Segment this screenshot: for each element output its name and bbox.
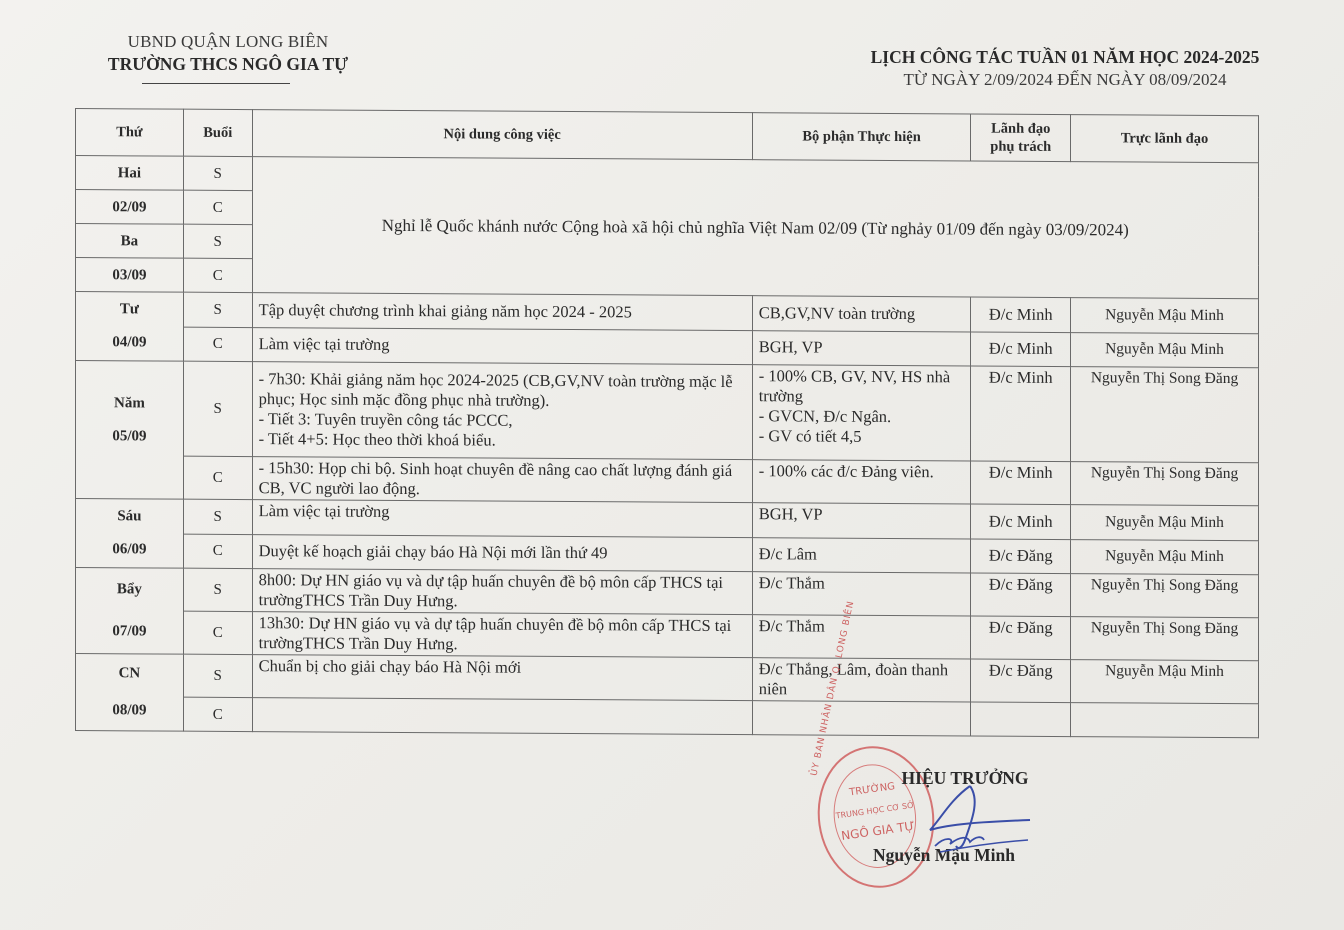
day-date: 03/09	[76, 258, 184, 293]
day-date: 08/09	[112, 694, 146, 727]
task-lead: Đ/c Đăng	[971, 573, 1071, 617]
day-name: Ba	[76, 224, 184, 259]
table-row: C - 15h30: Họp chi bộ. Sinh hoạt chuyên …	[76, 456, 1259, 506]
task-duty: Nguyễn Mậu Minh	[1071, 660, 1259, 704]
day-cell: Năm05/09	[76, 361, 184, 500]
col-header-buoi: Buổi	[183, 109, 252, 156]
task-content: Làm việc tại trường	[252, 500, 752, 538]
task-lead: Đ/c Đăng	[971, 616, 1071, 660]
task-dept: - 100% các đ/c Đảng viên.	[752, 460, 971, 504]
day-name: Tư	[120, 293, 139, 326]
task-content: Duyệt kế hoạch giải chạy báo Hà Nội mới …	[252, 534, 752, 572]
col-header-dept: Bộ phận Thực hiện	[752, 113, 971, 161]
day-name: Sáu	[117, 500, 141, 533]
task-dept	[752, 701, 971, 736]
day-cell: Tư04/09	[76, 292, 184, 362]
session: C	[183, 327, 252, 362]
task-duty: Nguyễn Mậu Minh	[1071, 539, 1259, 575]
table-row: Hai S Nghỉ lễ Quốc khánh nước Cộng hoà x…	[76, 156, 1259, 197]
task-dept: BGH, VP	[752, 330, 971, 366]
school-name: TRƯỜNG THCS NGÔ GIA TỰ	[78, 54, 378, 75]
task-duty: Nguyễn Thị Song Đăng	[1071, 367, 1259, 463]
task-lead: Đ/c Minh	[971, 331, 1071, 366]
holiday-note: Nghỉ lễ Quốc khánh nước Cộng hoà xã hội …	[252, 157, 1258, 299]
task-content: Làm việc tại trường	[252, 327, 752, 365]
task-duty: Nguyễn Mậu Minh	[1071, 505, 1259, 541]
agency-name: UBND QUẬN LONG BIÊN	[78, 32, 378, 52]
task-duty	[1071, 703, 1259, 738]
task-lead: Đ/c Đăng	[971, 659, 1071, 703]
session: C	[183, 697, 252, 731]
day-date: 05/09	[112, 420, 146, 453]
task-lead: Đ/c Minh	[971, 504, 1071, 539]
col-header-content: Nội dung công việc	[252, 110, 752, 160]
session: S	[183, 156, 252, 190]
session: C	[183, 258, 252, 292]
day-name: Hai	[76, 156, 184, 191]
col-header-thu: Thứ	[76, 109, 184, 157]
task-dept: Đ/c Lâm	[752, 537, 971, 573]
task-duty: Nguyễn Thị Song Đăng	[1071, 462, 1259, 506]
table-row: C 13h30: Dự HN giáo vụ và dự tập huấn ch…	[76, 611, 1259, 661]
task-dept: BGH, VP	[752, 503, 971, 539]
header-underline	[142, 83, 290, 84]
document-heading: LỊCH CÔNG TÁC TUẦN 01 NĂM HỌC 2024-2025 …	[840, 47, 1290, 90]
day-date: 02/09	[76, 190, 184, 225]
session: C	[183, 456, 252, 499]
session: S	[183, 292, 252, 327]
task-lead: Đ/c Đăng	[971, 538, 1071, 573]
task-lead: Đ/c Minh	[971, 461, 1071, 505]
session: S	[183, 654, 252, 697]
task-dept: Đ/c Thắm	[752, 572, 971, 616]
work-schedule-table: Thứ Buổi Nội dung công việc Bộ phận Thực…	[75, 108, 1259, 738]
task-dept: CB,GV,NV toàn trường	[752, 296, 971, 332]
day-date: 04/09	[112, 326, 146, 359]
day-name: Bẩy	[117, 574, 142, 607]
session: S	[183, 361, 252, 456]
task-duty: Nguyễn Mậu Minh	[1071, 298, 1259, 334]
table-header-row: Thứ Buổi Nội dung công việc Bộ phận Thực…	[76, 109, 1259, 163]
task-lead: Đ/c Minh	[971, 366, 1071, 462]
task-duty: Nguyễn Thị Song Đăng	[1071, 574, 1259, 618]
task-content: - 7h30: Khải giảng năm học 2024-2025 (CB…	[252, 362, 752, 460]
day-name: CN	[119, 657, 141, 690]
table-row: CN08/09 S Chuẩn bị cho giải chạy báo Hà …	[76, 654, 1259, 704]
issuer-header: UBND QUẬN LONG BIÊN TRƯỜNG THCS NGÔ GIA …	[78, 32, 378, 84]
task-content: Chuẩn bị cho giải chạy báo Hà Nội mới	[252, 655, 752, 701]
task-content: 8h00: Dự HN giáo vụ và dự tập huấn chuyê…	[252, 569, 752, 615]
table-row: Năm05/09 S - 7h30: Khải giảng năm học 20…	[76, 361, 1259, 463]
task-content: 13h30: Dự HN giáo vụ và dự tập huấn chuy…	[252, 612, 752, 658]
task-dept: Đ/c Thắm	[752, 615, 971, 659]
col-header-duty: Trực lãnh đạo	[1071, 115, 1259, 163]
date-range: TỪ NGÀY 2/09/2024 ĐẾN NGÀY 08/09/2024	[840, 70, 1290, 90]
col-header-lead: Lãnh đạo phụ trách	[971, 114, 1071, 162]
task-dept: - 100% CB, GV, NV, HS nhà trường - GVCN,…	[752, 365, 971, 461]
session: S	[183, 568, 252, 611]
day-name: Năm	[114, 387, 145, 420]
task-dept: Đ/c Thắng, Lâm, đoàn thanh niên	[752, 658, 971, 702]
task-content: Tập duyệt chương trình khai giảng năm họ…	[252, 293, 752, 331]
task-lead	[971, 702, 1071, 737]
session: C	[183, 611, 252, 654]
task-lead: Đ/c Minh	[971, 297, 1071, 332]
table-row: C	[76, 697, 1259, 738]
document-title: LỊCH CÔNG TÁC TUẦN 01 NĂM HỌC 2024-2025	[840, 47, 1290, 68]
table-row: Bẩy07/09 S 8h00: Dự HN giáo vụ và dự tập…	[76, 568, 1259, 618]
session: S	[183, 224, 252, 258]
task-content: - 15h30: Họp chi bộ. Sinh hoạt chuyên đề…	[252, 457, 752, 503]
task-duty: Nguyễn Mậu Minh	[1071, 332, 1259, 368]
day-cell: CN08/09	[76, 654, 184, 732]
task-duty: Nguyễn Thị Song Đăng	[1071, 617, 1259, 661]
session: C	[183, 190, 252, 224]
day-date: 06/09	[112, 533, 146, 566]
day-date: 07/09	[112, 615, 146, 648]
day-cell: Bẩy07/09	[76, 568, 184, 655]
day-cell: Sáu06/09	[76, 499, 184, 569]
session: S	[183, 499, 252, 534]
session: C	[183, 534, 252, 569]
handwritten-signature-icon	[910, 780, 1050, 860]
task-content	[252, 698, 752, 735]
